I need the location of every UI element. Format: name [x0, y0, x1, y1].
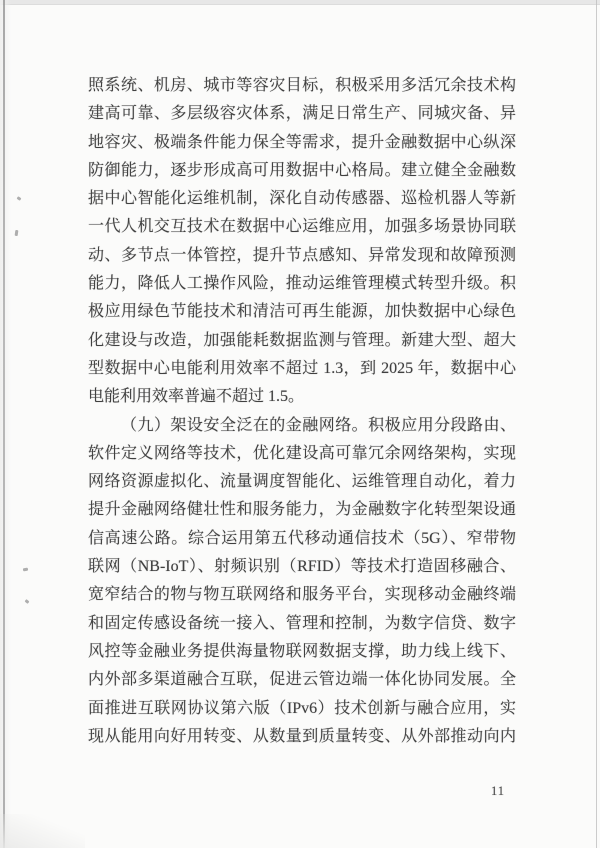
scan-edge-left-line [3, 0, 5, 848]
text-line: 动、多节点一体管控，提升节点感知、异常发现和故障预测 [88, 242, 516, 270]
text-line: 网络资源虚拟化、流量调度智能化、运维管理自动化，着力 [88, 468, 516, 496]
scan-smudge [0, 814, 85, 848]
text-line: 面推进互联网协议第六版（IPv6）技术创新与融合应用，实 [88, 695, 516, 723]
text-line: 风控等金融业务提供海量物联网数据支撑，助力线上线下、 [88, 638, 516, 666]
text-line: 和固定传感设备统一接入、管理和控制，为数字信贷、数字 [88, 610, 516, 638]
text-line: 能力，降低人工操作风险，推动运维管理模式转型升级。积 [88, 270, 516, 298]
scan-speckle [17, 196, 22, 201]
text-line: 一代人机交互技术在数据中心运维应用，加强多场景协同联 [88, 213, 516, 241]
text-line: 信高速公路。综合运用第五代移动通信技术（5G）、窄带物 [88, 525, 516, 553]
text-line: 内外部多渠道融合互联，促进云管边端一体化协同发展。全 [88, 666, 516, 694]
text-line: 照系统、机房、城市等容灾目标，积极采用多活冗余技术构 [88, 72, 516, 100]
scan-edge-right-line [596, 0, 597, 848]
document-body: 照系统、机房、城市等容灾目标，积极采用多活冗余技术构 建高可靠、多层级容灾体系，… [88, 72, 516, 751]
scan-speckle [25, 599, 30, 604]
scan-speckle [23, 568, 28, 572]
text-line: 据中心智能化运维机制，深化自动传感器、巡检机器人等新 [88, 185, 516, 213]
page-number: 11 [488, 784, 508, 799]
text-line: 现从能用向好用转变、从数量到质量转变、从外部推动向内 [88, 723, 516, 751]
text-line: 化建设与改造，加强能耗数据监测与管理。新建大型、超大 [88, 327, 516, 355]
scanned-document-page: 照系统、机房、城市等容灾目标，积极采用多活冗余技术构 建高可靠、多层级容灾体系，… [0, 0, 600, 848]
scan-speckle [15, 230, 19, 236]
text-line-section-heading: （九）架设安全泛在的金融网络。积极应用分段路由、 [88, 412, 516, 440]
text-line: 极应用绿色节能技术和清洁可再生能源，加快数据中心绿色 [88, 298, 516, 326]
text-line: 防御能力，逐步形成高可用数据中心格局。建立健全金融数 [88, 157, 516, 185]
text-line: 软件定义网络等技术，优化建设高可靠冗余网络架构，实现 [88, 440, 516, 468]
text-line: 地容灾、极端条件能力保全等需求，提升金融数据中心纵深 [88, 129, 516, 157]
scan-edge-left-shade [0, 0, 11, 848]
text-line: 建高可靠、多层级容灾体系，满足日常生产、同城灾备、异 [88, 100, 516, 128]
scan-edge-top [0, 0, 600, 5]
text-line: 型数据中心电能利用效率不超过 1.3，到 2025 年，数据中心 [88, 355, 516, 383]
text-line: 宽窄结合的物与物互联网络和服务平台，实现移动金融终端 [88, 581, 516, 609]
text-line: 提升金融网络健壮性和服务能力，为金融数字化转型架设通 [88, 496, 516, 524]
text-line: 电能利用效率普遍不超过 1.5。 [88, 383, 516, 411]
text-line: 联网（NB-IoT）、射频识别（RFID）等技术打造固移融合、 [88, 553, 516, 581]
